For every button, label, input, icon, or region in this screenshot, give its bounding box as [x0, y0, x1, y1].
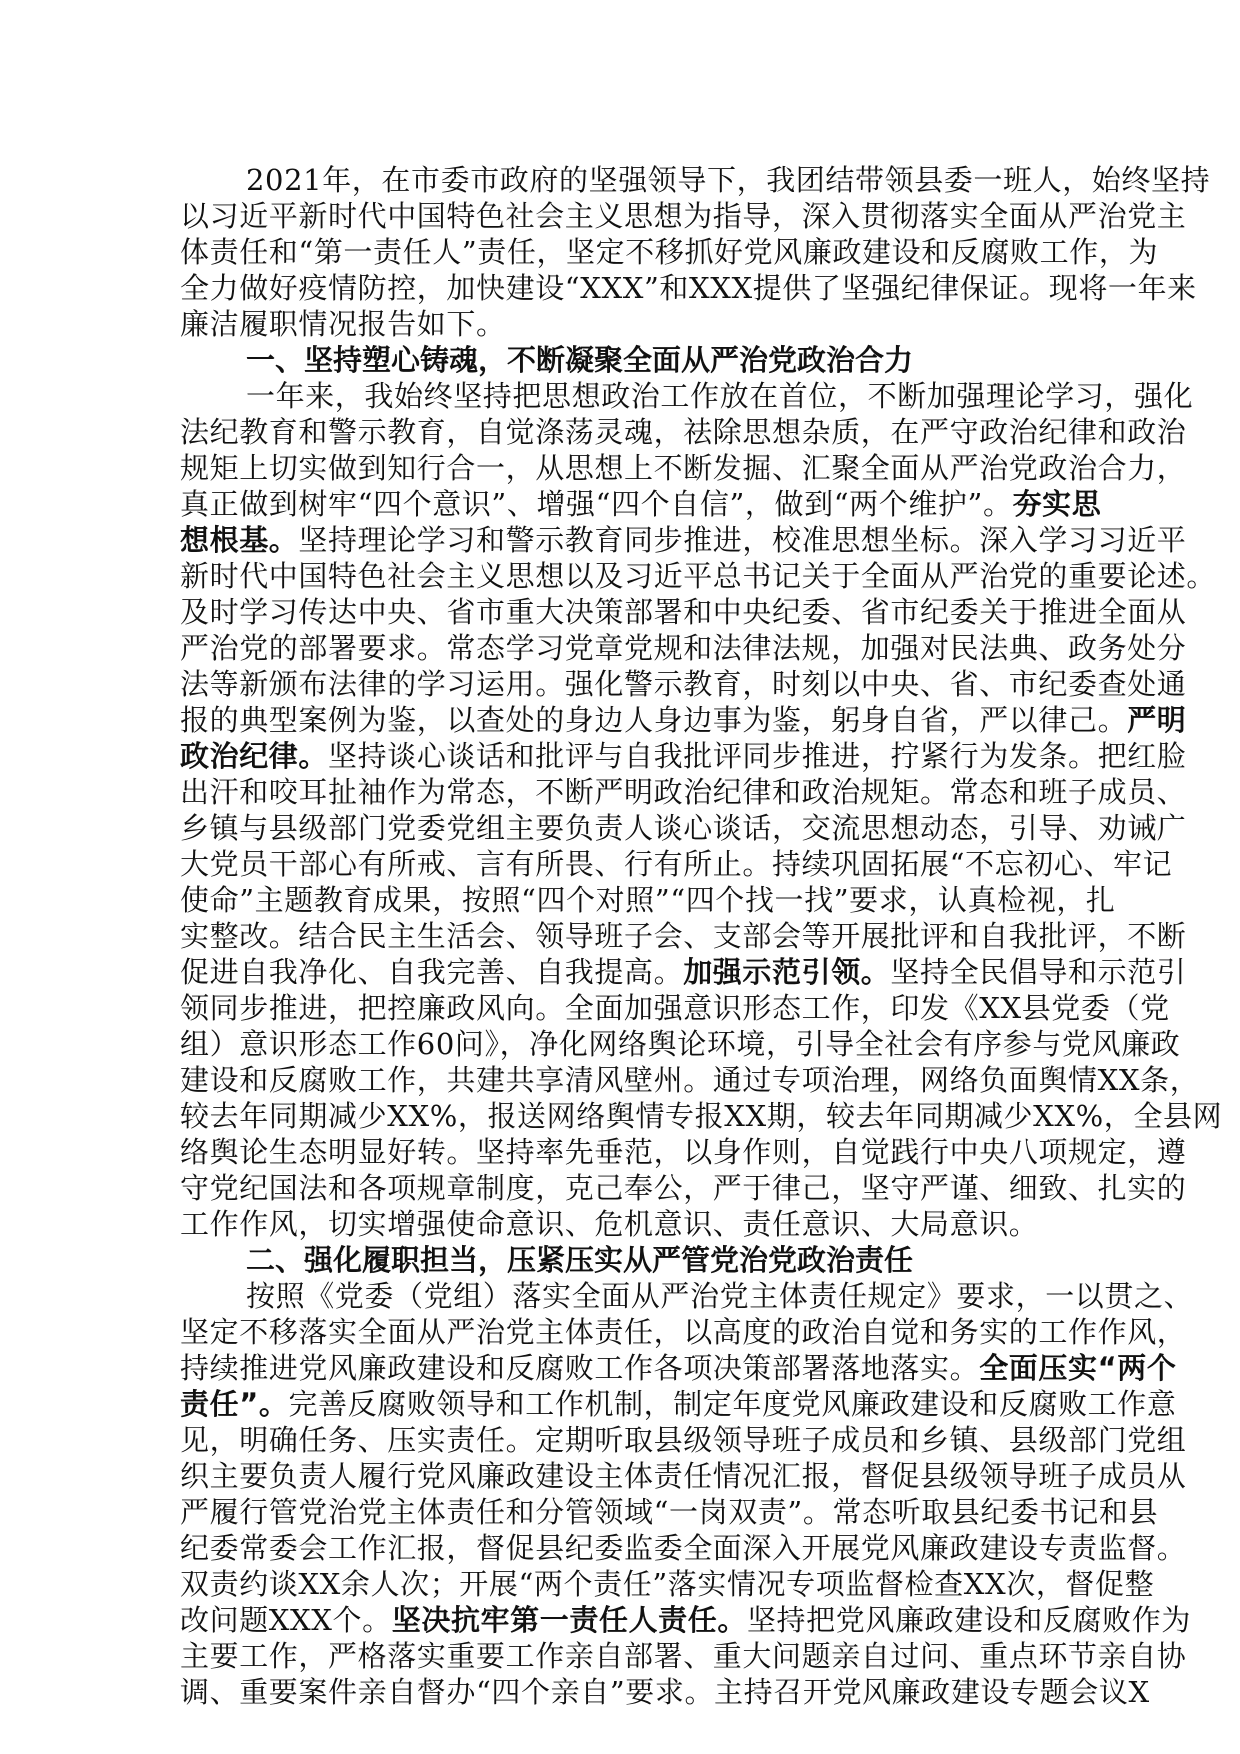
text-line: 双责约谈XX余人次；开展“两个责任”落实情况专项监督检查XX次，督促整 — [180, 1566, 1050, 1602]
text-line: 全力做好疫情防控，加快建设“XXX”和XXX提供了坚强纪律保证。现将一年来 — [180, 270, 1050, 306]
text-line: 工作作风，切实增强使命意识、危机意识、责任意识、大局意识。 — [180, 1206, 1050, 1242]
text-line: 织主要负责人履行党风廉政建设主体责任情况汇报，督促县级领导班子成员从 — [180, 1458, 1050, 1494]
text-line: 建设和反腐败工作，共建共享清风壁州。通过专项治理，网络负面舆情XX条， — [180, 1062, 1050, 1098]
text-line: 使命”主题教育成果，按照“四个对照”“四个找一找”要求，认真检视，扎 — [180, 882, 1050, 918]
text-line: 持续推进党风廉政建设和反腐败工作各项决策部署落地落实。全面压实“两个 — [180, 1350, 1050, 1386]
text-line: 较去年同期减少XX%，报送网络舆情专报XX期，较去年同期减少XX%，全县网 — [180, 1098, 1050, 1134]
bold-lead-phrase: 加强示范引领。 — [683, 955, 890, 989]
text-span: 坚持全民倡导和示范引 — [890, 955, 1186, 989]
text-line: 政治纪律。坚持谈心谈话和批评与自我批评同步推进，拧紧行为发条。把红脸 — [180, 738, 1050, 774]
paragraph: 按照《党委（党组）落实全面从严治党主体责任规定》要求，一以贯之、坚定不移落实全面… — [180, 1278, 1050, 1710]
text-span: 改问题XXX个。 — [180, 1603, 392, 1637]
text-line: 一年来，我始终坚持把思想政治工作放在首位，不断加强理论学习，强化 — [180, 378, 1050, 414]
text-line: 想根基。坚持理论学习和警示教育同步推进，校准思想坐标。深入学习习近平 — [180, 522, 1050, 558]
bold-lead-phrase: 责任”。 — [180, 1387, 288, 1421]
bold-lead-phrase: 想根基。 — [180, 523, 298, 557]
text-line: 真正做到树牢“四个意识”、增强“四个自信”，做到“两个维护”。夯实思 — [180, 486, 1050, 522]
text-span: 报的典型案例为鉴，以查处的身边人身边事为鉴，躬身自省，严以律己。 — [180, 703, 1127, 737]
text-line: 出汗和咬耳扯袖作为常态，不断严明政治纪律和政治规矩。常态和班子成员、 — [180, 774, 1050, 810]
text-line: 络舆论生态明显好转。坚持率先垂范，以身作则，自觉践行中央八项规定，遵 — [180, 1134, 1050, 1170]
text-line: 见，明确任务、压实责任。定期听取县级领导班子成员和乡镇、县级部门党组 — [180, 1422, 1050, 1458]
text-line: 责任”。完善反腐败领导和工作机制，制定年度党风廉政建设和反腐败工作意 — [180, 1386, 1050, 1422]
text-line: 法等新颁布法律的学习运用。强化警示教育，时刻以中央、省、市纪委查处通 — [180, 666, 1050, 702]
bold-lead-phrase: 夯实思 — [1013, 487, 1102, 521]
section-heading: 二、强化履职担当，压紧压实从严管党治党政治责任 — [180, 1242, 1050, 1278]
text-line: 严履行管党治党主体责任和分管领域“一岗双责”。常态听取县纪委书记和县 — [180, 1494, 1050, 1530]
text-line: 规矩上切实做到知行合一，从思想上不断发掘、汇聚全面从严治党政治合力， — [180, 450, 1050, 486]
bold-lead-phrase: 严明 — [1127, 703, 1186, 737]
bold-lead-phrase: 坚决抗牢第一责任人责任。 — [392, 1603, 747, 1637]
text-span: 持续推进党风廉政建设和反腐败工作各项决策部署落地落实。 — [180, 1351, 979, 1385]
text-span: 促进自我净化、自我完善、自我提高。 — [180, 955, 683, 989]
text-line: 以习近平新时代中国特色社会主义思想为指导，深入贯彻落实全面从严治党主 — [180, 198, 1050, 234]
text-line: 按照《党委（党组）落实全面从严治党主体责任规定》要求，一以贯之、 — [180, 1278, 1050, 1314]
text-line: 乡镇与县级部门党委党组主要负责人谈心谈话，交流思想动态，引导、劝诫广 — [180, 810, 1050, 846]
text-line: 法纪教育和警示教育，自觉涤荡灵魂，祛除思想杂质，在严守政治纪律和政治 — [180, 414, 1050, 450]
text-line: 及时学习传达中央、省市重大决策部署和中央纪委、省市纪委关于推进全面从 — [180, 594, 1050, 630]
bold-lead-phrase: 全面压实“两个 — [979, 1351, 1176, 1385]
text-line: 改问题XXX个。坚决抗牢第一责任人责任。坚持把党风廉政建设和反腐败作为 — [180, 1602, 1050, 1638]
text-line: 坚定不移落实全面从严治党主体责任，以高度的政治自觉和务实的工作作风， — [180, 1314, 1050, 1350]
text-line: 新时代中国特色社会主义思想以及习近平总书记关于全面从严治党的重要论述。 — [180, 558, 1050, 594]
text-line: 主要工作，严格落实重要工作亲自部署、重大问题亲自过问、重点环节亲自协 — [180, 1638, 1050, 1674]
text-line: 调、重要案件亲自督办“四个亲自”要求。主持召开党风廉政建设专题会议X — [180, 1674, 1050, 1710]
section-heading: 一、坚持塑心铸魂，不断凝聚全面从严治党政治合力 — [180, 342, 1050, 378]
text-line: 体责任和“第一责任人”责任，坚定不移抓好党风廉政建设和反腐败工作，为 — [180, 234, 1050, 270]
text-span: 完善反腐败领导和工作机制，制定年度党风廉政建设和反腐败工作意 — [288, 1387, 1176, 1421]
text-line: 纪委常委会工作汇报，督促县纪委监委全面深入开展党风廉政建设专责监督。 — [180, 1530, 1050, 1566]
text-line: 严治党的部署要求。常态学习党章党规和法律法规，加强对民法典、政务处分 — [180, 630, 1050, 666]
text-span: 坚持理论学习和警示教育同步推进，校准思想坐标。深入学习习近平 — [298, 523, 1186, 557]
bold-lead-phrase: 政治纪律。 — [180, 739, 328, 773]
paragraph: 2021年，在市委市政府的坚强领导下，我团结带领县委一班人，始终坚持以习近平新时… — [180, 162, 1050, 342]
text-line: 廉洁履职情况报告如下。 — [180, 306, 1050, 342]
text-span: 坚持谈心谈话和批评与自我批评同步推进，拧紧行为发条。把红脸 — [328, 739, 1186, 773]
text-span: 真正做到树牢“四个意识”、增强“四个自信”，做到“两个维护”。 — [180, 487, 1013, 521]
paragraph: 一年来，我始终坚持把思想政治工作放在首位，不断加强理论学习，强化法纪教育和警示教… — [180, 378, 1050, 1242]
text-line: 促进自我净化、自我完善、自我提高。加强示范引领。坚持全民倡导和示范引 — [180, 954, 1050, 990]
document-page: 2021年，在市委市政府的坚强领导下，我团结带领县委一班人，始终坚持以习近平新时… — [180, 162, 1050, 1710]
text-span: 坚持把党风廉政建设和反腐败作为 — [747, 1603, 1191, 1637]
text-line: 2021年，在市委市政府的坚强领导下，我团结带领县委一班人，始终坚持 — [180, 162, 1050, 198]
text-line: 领同步推进，把控廉政风向。全面加强意识形态工作，印发《XX县党委（党 — [180, 990, 1050, 1026]
text-line: 守党纪国法和各项规章制度，克己奉公，严于律己，坚守严谨、细致、扎实的 — [180, 1170, 1050, 1206]
text-line: 组）意识形态工作60问》，净化网络舆论环境，引导全社会有序参与党风廉政 — [180, 1026, 1050, 1062]
text-line: 实整改。结合民主生活会、领导班子会、支部会等开展批评和自我批评，不断 — [180, 918, 1050, 954]
text-line: 报的典型案例为鉴，以查处的身边人身边事为鉴，躬身自省，严以律己。严明 — [180, 702, 1050, 738]
text-line: 大党员干部心有所戒、言有所畏、行有所止。持续巩固拓展“不忘初心、牢记 — [180, 846, 1050, 882]
